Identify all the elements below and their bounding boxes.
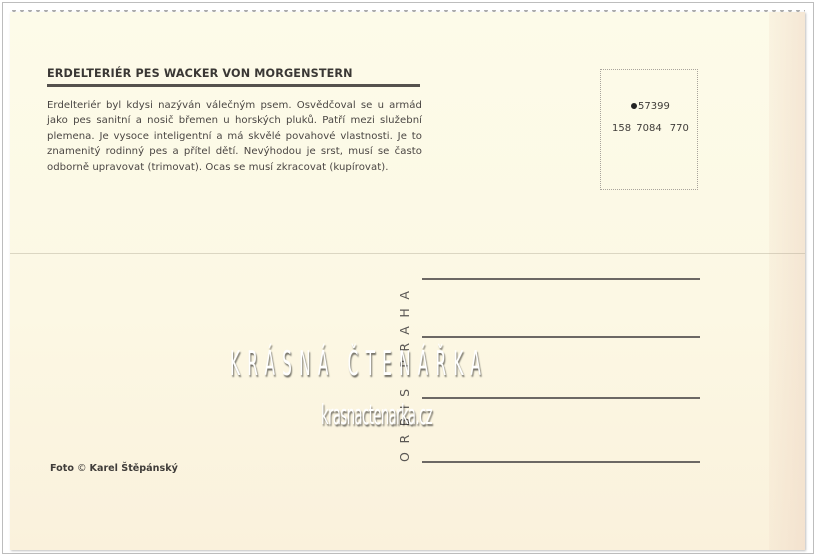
stamp-code-box: 57399 158 7084770 (600, 69, 698, 190)
catalog-number: 57399 (631, 101, 670, 112)
credit-author: Karel Štěpánský (90, 463, 178, 474)
print-code-suffix: 770 (670, 123, 689, 134)
catalog-number-value: 57399 (638, 101, 670, 112)
copyright-symbol: © (77, 463, 87, 474)
perforated-edge (10, 10, 805, 15)
watermark-title: KRÁSNÁ ČTENÁŘKA (230, 345, 410, 383)
postcard-back: ERDELTERIÉR PES WACKER VON MORGENSTERN E… (10, 12, 805, 550)
photo-credit: Foto©Karel Štěpánský (50, 463, 178, 474)
card-description: Erdelteriér byl kdysi nazýván válečným p… (47, 98, 422, 175)
print-code-main: 158 7084 (612, 123, 662, 134)
address-line (422, 461, 700, 463)
address-line (422, 336, 700, 338)
paper-discoloration (769, 12, 805, 550)
address-line (422, 397, 700, 399)
address-line (422, 278, 700, 280)
credit-label: Foto (50, 463, 74, 474)
watermark-url: krasnactenarka.cz (321, 400, 432, 430)
print-code: 158 7084770 (612, 123, 689, 134)
filled-circle-icon (631, 103, 637, 109)
title-underline (47, 84, 420, 87)
card-title: ERDELTERIÉR PES WACKER VON MORGENSTERN (47, 67, 420, 80)
fold-line (10, 253, 805, 254)
